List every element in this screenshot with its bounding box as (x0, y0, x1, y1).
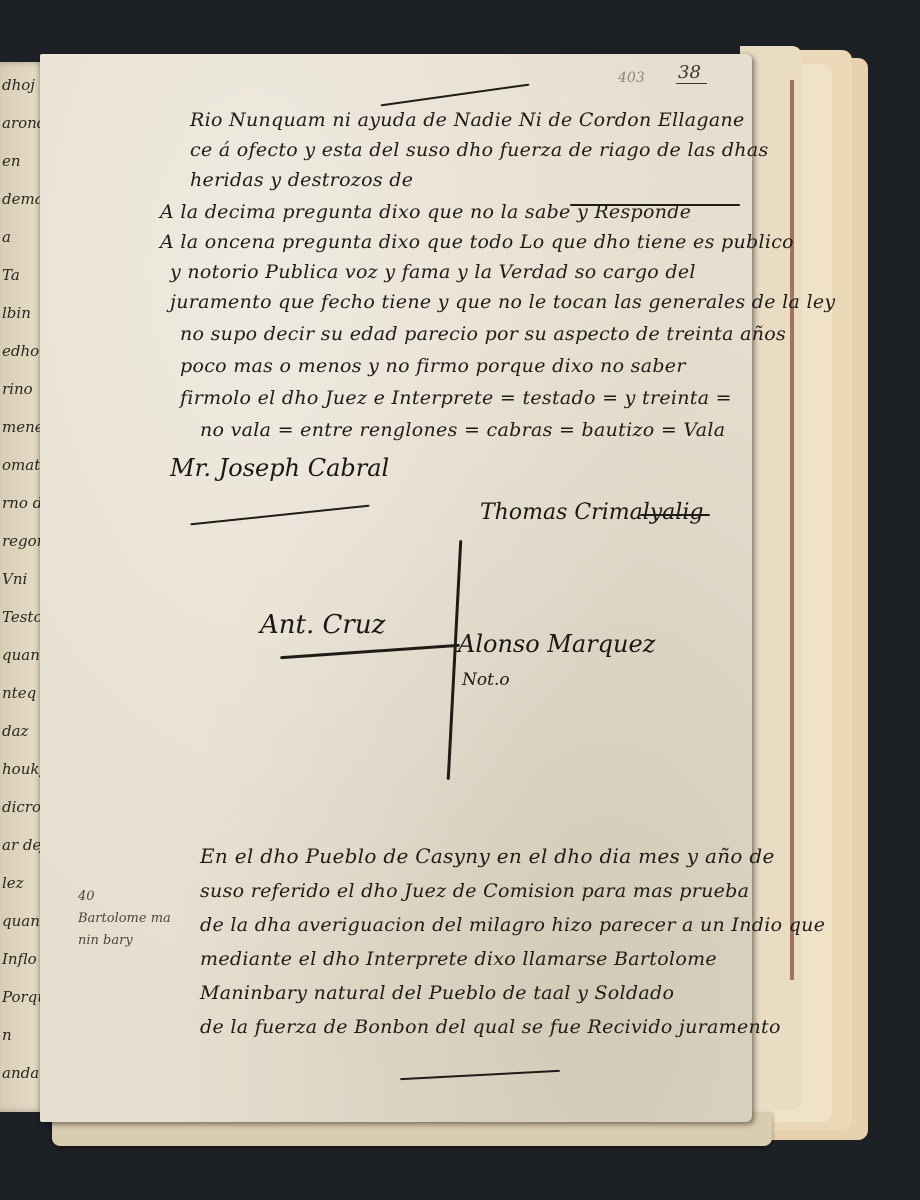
signature-crimalyalig: Thomas Crimalyalig (480, 500, 703, 525)
text-line: suso referido el dho Juez de Comision pa… (200, 880, 749, 902)
signature-marquez: Alonso Marquez (458, 630, 655, 658)
left-page-fragment: lez (2, 874, 24, 892)
left-page-fragment: en (2, 152, 21, 170)
left-page-fragment: lbin (2, 304, 31, 322)
signature-flourish (640, 514, 710, 516)
notary-title: Not.o (462, 670, 510, 690)
text-line: no supo decir su edad parecio por su asp… (180, 323, 786, 345)
left-page-fragment: edho (2, 342, 39, 360)
left-page-fragment: regor (2, 532, 44, 550)
folio-number-pencil: 403 (618, 70, 645, 86)
left-page-fragment: daz (2, 722, 28, 740)
text-line: y notorio Publica voz y fama y la Verdad… (170, 261, 696, 283)
left-page-fragment: rino (2, 380, 33, 398)
text-line: A la oncena pregunta dixo que todo Lo qu… (160, 231, 794, 253)
text-line: heridas y destrozos de (190, 169, 413, 191)
folio-number-ink: 38 (676, 62, 707, 84)
line-fill-rule (570, 204, 740, 206)
left-page-fragment: nteq (2, 684, 36, 702)
left-page-fragment: a (2, 228, 11, 246)
left-page-fragment: dhoj (2, 76, 35, 94)
manuscript-page: 403 38 Rio Nunquam ni ayuda de Nadie Ni … (40, 54, 752, 1122)
text-line: ce á ofecto y esta del suso dho fuerza d… (190, 139, 769, 161)
rubric-vertical-stroke (447, 540, 463, 780)
signature-flourish (280, 644, 460, 660)
signature-flourish (190, 505, 369, 526)
flourish-rule (381, 84, 530, 107)
text-line: Rio Nunquam ni ayuda de Nadie Ni de Cord… (190, 109, 745, 131)
left-page-fragment: Vni (2, 570, 27, 588)
left-page-fragment: quan (2, 646, 40, 664)
text-line: de la fuerza de Bonbon del qual se fue R… (200, 1016, 781, 1038)
text-line: En el dho Pueblo de Casyny en el dho dia… (200, 844, 775, 868)
margin-note: 40 Bartolome ma nin bary (78, 886, 171, 952)
text-line: firmolo el dho Juez e Interprete = testa… (180, 387, 732, 409)
signature-cruz: Ant. Cruz (260, 610, 385, 640)
margin-note-number: 40 (78, 886, 171, 908)
left-page-fragment: Ta (2, 266, 20, 284)
page-edges-stack (740, 40, 870, 1150)
binding-edge (790, 80, 794, 980)
left-page-fragment: n (2, 1026, 12, 1044)
text-line: poco mas o menos y no firmo porque dixo … (180, 355, 686, 377)
signature-cabral: Mr. Joseph Cabral (170, 454, 389, 482)
margin-note-line: nin bary (78, 930, 171, 952)
closing-rule (400, 1070, 560, 1080)
text-line: mediante el dho Interprete dixo llamarse… (200, 948, 717, 970)
text-line: Maninbary natural del Pueblo de taal y S… (200, 982, 674, 1004)
text-line: no vala = entre renglones = cabras = bau… (200, 419, 725, 441)
left-page-fragment: Inflo (2, 950, 37, 968)
margin-note-line: Bartolome ma (78, 908, 171, 930)
text-line: juramento que fecho tiene y que no le to… (170, 291, 835, 313)
text-line: de la dha averiguacion del milagro hizo … (200, 914, 825, 936)
